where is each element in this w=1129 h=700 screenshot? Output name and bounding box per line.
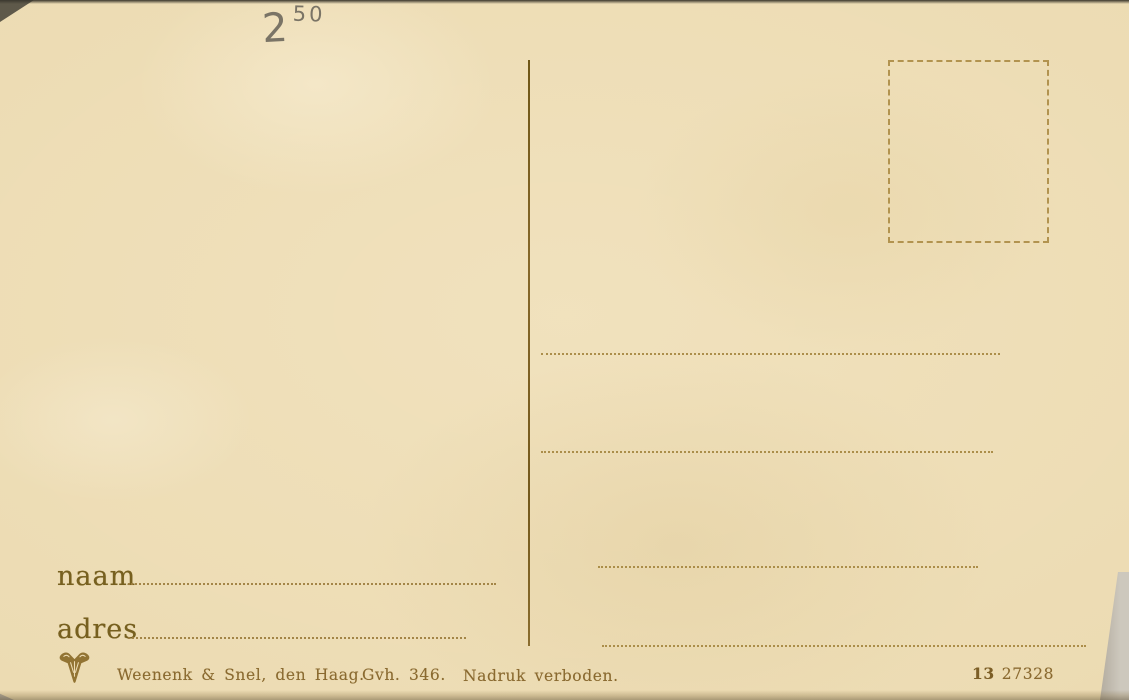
stamp-box: [888, 60, 1049, 243]
scanned-background: 250 naam adres Weenenk & Snel, den Haag.…: [0, 0, 1129, 700]
address-dotted-line-3: [598, 566, 978, 568]
name-dotted-line: [128, 583, 496, 585]
card-number: 1327328: [972, 666, 1054, 683]
card-top-edge: [0, 0, 1129, 4]
handwritten-price-whole: 2: [261, 8, 289, 49]
publisher-monogram-icon: [58, 651, 91, 686]
address-dotted-line: [128, 637, 466, 639]
card-corner-notch: [0, 0, 34, 22]
copyright-notice: Nadruk verboden.: [463, 669, 619, 685]
series-code: Gvh. 346.: [362, 668, 446, 684]
handwritten-price-cents: 50: [293, 4, 326, 26]
card-number-value: 27328: [1002, 665, 1054, 683]
scan-edge-bottom-right: [1100, 572, 1129, 700]
address-dotted-line-2: [541, 451, 993, 453]
publisher-imprint: Weenenk & Snel, den Haag.: [117, 668, 365, 684]
address-dotted-line-1: [541, 353, 1000, 355]
address-label: adres: [57, 616, 138, 643]
handwritten-price: 250: [260, 2, 330, 50]
address-dotted-line-4: [602, 645, 1086, 647]
card-bottom-edge: [0, 690, 1129, 700]
card-number-prefix: 13: [972, 664, 995, 683]
divider-line: [528, 60, 530, 646]
postcard-back: 250 naam adres Weenenk & Snel, den Haag.…: [0, 0, 1129, 700]
name-label: naam: [57, 563, 136, 590]
